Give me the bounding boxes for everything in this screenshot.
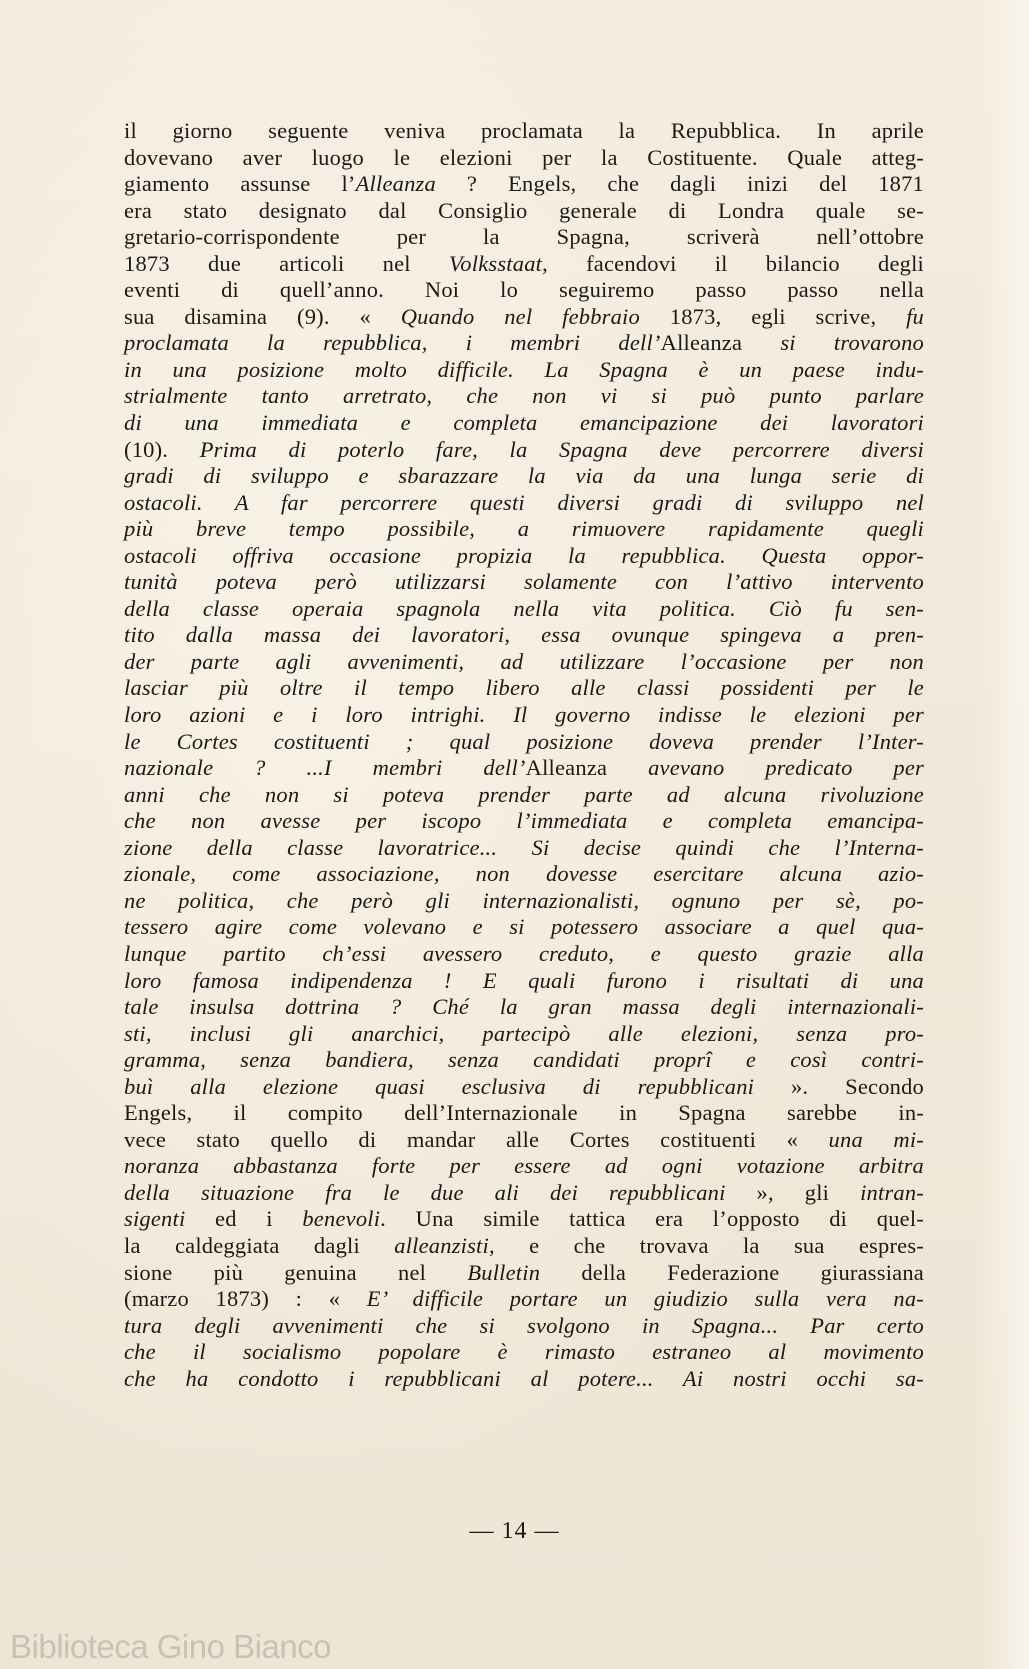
roman-text: (marzo 1873) : « (124, 1286, 367, 1311)
text-line: sigenti ed i benevoli. Una simile tattic… (124, 1206, 924, 1233)
text-line: zione della classe lavoratrice... Si dec… (124, 835, 924, 862)
italic-text: noranza abbastanza forte per essere ad o… (124, 1153, 924, 1178)
text-line: nazionale ? ...I membri dell’Alleanza av… (124, 755, 924, 782)
italic-text: lunque partito ch’essi avessero creduto,… (124, 941, 924, 966)
italic-text: in una posizione molto difficile. La Spa… (124, 357, 924, 382)
body-text: il giorno seguente veniva proclamata la … (124, 118, 924, 1392)
italic-text: tito dalla massa dei lavoratori, essa ov… (124, 622, 924, 647)
italic-text: zione della classe lavoratrice... Si dec… (124, 835, 924, 860)
text-line: (10). Prima di poterlo fare, la Spagna d… (124, 437, 924, 464)
italic-text: che il socialismo popolare è rimasto est… (124, 1339, 924, 1364)
roman-text: dovevano aver luogo le elezioni per la C… (124, 145, 924, 170)
text-line: che non avesse per iscopo l’immediata e … (124, 808, 924, 835)
italic-text: sigenti (124, 1206, 185, 1231)
roman-text: la caldeggiata dagli (124, 1233, 394, 1258)
text-line: le Cortes costituenti ; qual posizione d… (124, 729, 924, 756)
text-line: noranza abbastanza forte per essere ad o… (124, 1153, 924, 1180)
text-line: lasciar più oltre il tempo libero alle c… (124, 675, 924, 702)
italic-text: gramma, senza bandiera, senza candidati … (124, 1047, 924, 1072)
italic-text: che ha condotto i repubblicani al potere… (124, 1366, 924, 1391)
text-line: buì alla elezione quasi esclusiva di rep… (124, 1074, 924, 1101)
italic-text: buì alla elezione quasi esclusiva di rep… (124, 1074, 754, 1099)
text-line: strialmente tanto arretrato, che non vi … (124, 383, 924, 410)
italic-text: fu (906, 304, 924, 329)
text-line: tale insulsa dottrina ? Ché la gran mass… (124, 994, 924, 1021)
text-line: sti, inclusi gli anarchici, partecipò al… (124, 1021, 924, 1048)
italic-text: nazionale ? ...I membri dell’ (124, 755, 526, 780)
roman-text: gretario-corrispondente per la Spagna, s… (124, 224, 924, 249)
italic-text: Alleanza (356, 171, 436, 196)
text-line: Engels, il compito dell’Internazionale i… (124, 1100, 924, 1127)
italic-text: strialmente tanto arretrato, che non vi … (124, 383, 924, 408)
italic-text: ostacoli offriva occasione propizia la r… (124, 543, 924, 568)
text-line: dovevano aver luogo le elezioni per la C… (124, 145, 924, 172)
roman-text: . Una simile tattica era l’opposto di qu… (380, 1206, 924, 1231)
text-line: vece stato quello di mandar alle Cortes … (124, 1127, 924, 1154)
text-line: (marzo 1873) : « E’ difficile portare un… (124, 1286, 924, 1313)
book-page: il giorno seguente veniva proclamata la … (0, 0, 1029, 1669)
italic-text: tunità poteva però utilizzarsi solamente… (124, 569, 924, 594)
italic-text: gradi di sviluppo e sbarazzare la via da… (124, 463, 924, 488)
text-line: anni che non si poteva prender parte ad … (124, 782, 924, 809)
roman-text: eventi di quell’anno. Noi lo seguiremo p… (124, 277, 924, 302)
text-line: eventi di quell’anno. Noi lo seguiremo p… (124, 277, 924, 304)
italic-text: Quando nel febbraio (401, 304, 640, 329)
text-line: 1873 due articoli nel Volksstaat, facend… (124, 251, 924, 278)
text-line: der parte agli avvenimenti, ad utilizzar… (124, 649, 924, 676)
text-line: lunque partito ch’essi avessero creduto,… (124, 941, 924, 968)
italic-text: proclamata la repubblica, i membri dell’ (124, 330, 661, 355)
page-number: — 14 — (0, 1518, 1029, 1545)
italic-text: della situazione fra le due ali dei repu… (124, 1180, 726, 1205)
italic-text: loro azioni e i loro intrighi. Il govern… (124, 702, 924, 727)
text-line: in una posizione molto difficile. La Spa… (124, 357, 924, 384)
text-line: era stato designato dal Consiglio genera… (124, 198, 924, 225)
text-line: tessero agire come volevano e si potesse… (124, 914, 924, 941)
text-line: ne politica, che però gli internazionali… (124, 888, 924, 915)
text-line: sione più genuina nel Bulletin della Fed… (124, 1260, 924, 1287)
italic-text: si trovarono (742, 330, 924, 355)
roman-text: », gli (726, 1180, 861, 1205)
roman-text: Engels, il compito dell’Internazionale i… (124, 1100, 924, 1125)
italic-text: Bulletin (467, 1260, 540, 1285)
text-line: ostacoli offriva occasione propizia la r… (124, 543, 924, 570)
italic-text: una mi- (829, 1127, 924, 1152)
italic-text: avevano predicato per (607, 755, 924, 780)
text-line: proclamata la repubblica, i membri dell’… (124, 330, 924, 357)
italic-text: tura degli avvenimenti che si svolgono i… (124, 1313, 924, 1338)
text-line: tura degli avvenimenti che si svolgono i… (124, 1313, 924, 1340)
roman-text: giamento assunse l’ (124, 171, 356, 196)
italic-text: benevoli (302, 1206, 380, 1231)
italic-text: loro famosa indipendenza ! E quali furon… (124, 968, 924, 993)
roman-text: della Federazione giurassiana (540, 1260, 924, 1285)
italic-text: Volksstaat (449, 251, 542, 276)
text-line: della situazione fra le due ali dei repu… (124, 1180, 924, 1207)
roman-text: 1873 due articoli nel (124, 251, 449, 276)
text-line: di una immediata e completa emancipazion… (124, 410, 924, 437)
italic-text: der parte agli avvenimenti, ad utilizzar… (124, 649, 924, 674)
italic-text: anni che non si poteva prender parte ad … (124, 782, 924, 807)
roman-text: ? Engels, che dagli inizi del 1871 (436, 171, 924, 196)
roman-text: il giorno seguente veniva proclamata la … (124, 118, 924, 143)
italic-text: della classe operaia spagnola nella vita… (124, 596, 924, 621)
roman-text: , e che trovava la sua espres- (489, 1233, 924, 1258)
library-watermark: Biblioteca Gino Bianco (10, 1628, 331, 1666)
italic-text: zionale, come associazione, non dovesse … (124, 861, 924, 886)
italic-text: Prima di poterlo fare, la Spagna deve pe… (200, 437, 924, 462)
italic-text: sti, inclusi gli anarchici, partecipò al… (124, 1021, 924, 1046)
roman-text: sione più genuina nel (124, 1260, 467, 1285)
roman-text: sua disamina (9). « (124, 304, 401, 329)
text-line: loro azioni e i loro intrighi. Il govern… (124, 702, 924, 729)
italic-text: le Cortes costituenti ; qual posizione d… (124, 729, 924, 754)
italic-text: ne politica, che però gli internazionali… (124, 888, 924, 913)
italic-text: tessero agire come volevano e si potesse… (124, 914, 924, 939)
roman-text: Alleanza (661, 330, 743, 355)
text-line: gramma, senza bandiera, senza candidati … (124, 1047, 924, 1074)
italic-text: lasciar più oltre il tempo libero alle c… (124, 675, 924, 700)
roman-text: 1873, egli scrive, (640, 304, 906, 329)
text-line: che ha condotto i repubblicani al potere… (124, 1366, 924, 1393)
italic-text: di una immediata e completa emancipazion… (124, 410, 924, 435)
text-line: tito dalla massa dei lavoratori, essa ov… (124, 622, 924, 649)
text-line: della classe operaia spagnola nella vita… (124, 596, 924, 623)
italic-text: più breve tempo possibile, a rimuovere r… (124, 516, 924, 541)
roman-text: ». Secondo (754, 1074, 924, 1099)
italic-text: intran- (860, 1180, 924, 1205)
italic-text: ostacoli. A far percorrere questi divers… (124, 490, 924, 515)
text-line: più breve tempo possibile, a rimuovere r… (124, 516, 924, 543)
text-line: ostacoli. A far percorrere questi divers… (124, 490, 924, 517)
text-line: tunità poteva però utilizzarsi solamente… (124, 569, 924, 596)
italic-text: tale insulsa dottrina ? Ché la gran mass… (124, 994, 924, 1019)
italic-text: alleanzisti (394, 1233, 489, 1258)
page-edge-shading (979, 0, 1029, 1669)
roman-text: Alleanza (526, 755, 608, 780)
text-line: sua disamina (9). « Quando nel febbraio … (124, 304, 924, 331)
roman-text: , facendovi il bilancio degli (542, 251, 924, 276)
roman-text: era stato designato dal Consiglio genera… (124, 198, 924, 223)
italic-text: che non avesse per iscopo l’immediata e … (124, 808, 924, 833)
text-line: che il socialismo popolare è rimasto est… (124, 1339, 924, 1366)
text-line: zionale, come associazione, non dovesse … (124, 861, 924, 888)
text-line: gretario-corrispondente per la Spagna, s… (124, 224, 924, 251)
text-line: la caldeggiata dagli alleanzisti, e che … (124, 1233, 924, 1260)
text-line: loro famosa indipendenza ! E quali furon… (124, 968, 924, 995)
roman-text: vece stato quello di mandar alle Cortes … (124, 1127, 829, 1152)
text-line: gradi di sviluppo e sbarazzare la via da… (124, 463, 924, 490)
text-line: il giorno seguente veniva proclamata la … (124, 118, 924, 145)
italic-text: E’ difficile portare un giudizio sulla v… (367, 1286, 924, 1311)
roman-text: ed i (185, 1206, 302, 1231)
text-line: giamento assunse l’Alleanza ? Engels, ch… (124, 171, 924, 198)
roman-text: (10). (124, 437, 200, 462)
